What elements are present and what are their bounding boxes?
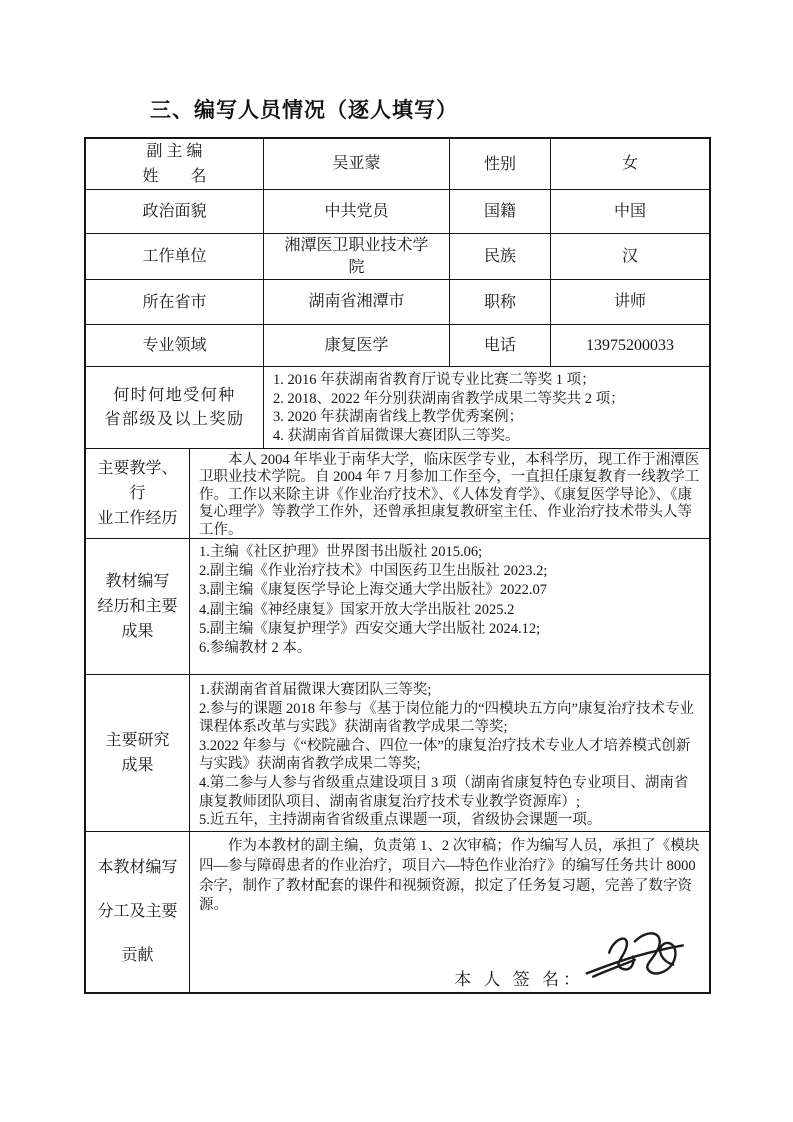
page-title: 三、编写人员情况（逐人填写） [150, 94, 458, 124]
phone-value: 13975200033 [551, 325, 709, 366]
experience-text: 本人 2004 年毕业于南华大学，临床医学专业，本科学历，现工作于湘潭医卫职业技… [199, 452, 700, 538]
personnel-table: 副 主 编 姓 名 吴亚蒙 性别 女 政治面貌 中共党员 国籍 中国 工作单位 … [84, 137, 711, 994]
research-item: 1.获湖南省首届微课大赛团队三等奖; [199, 681, 700, 700]
name-value: 吴亚蒙 [264, 139, 450, 189]
ethnicity-label: 民族 [450, 234, 551, 279]
table-row-experience: 主要教学、行 业工作经历 本人 2004 年毕业于南华大学，临床医学专业，本科学… [86, 449, 709, 539]
table-row-specialty: 专业领域 康复医学 电话 13975200033 [86, 325, 709, 367]
contribution-label-line2: 分工及主要 [97, 902, 177, 922]
award-item: 4. 获湖南省首届微课大赛团队三等奖。 [273, 427, 700, 446]
workunit-label: 工作单位 [86, 234, 264, 279]
name-label: 副 主 编 姓 名 [86, 139, 264, 189]
title-label: 职称 [450, 280, 551, 324]
political-value: 中共党员 [264, 190, 450, 233]
nationality-value: 中国 [551, 190, 709, 233]
textbook-label-line2: 经历和主要 [97, 594, 177, 619]
award-item: 1. 2016 年获湖南省教育厅说专业比赛二等奖 1 项； [273, 371, 700, 390]
awards-content: 1. 2016 年获湖南省教育厅说专业比赛二等奖 1 项； 2. 2018、20… [264, 367, 709, 448]
name-label-line2: 姓 名 [142, 164, 206, 189]
textbook-item: 1.主编《社区护理》世界图书出版社 2015.06; [199, 543, 700, 562]
research-label-line1: 主要研究 [105, 728, 169, 753]
awards-label-line1: 何时何地受何种 [113, 384, 236, 408]
contribution-label: 本教材编写 分工及主要 贡献 [86, 832, 190, 992]
name-label-line1: 副 主 编 [146, 139, 202, 164]
textbook-item: 3.副主编《康复医学导论上海交通大学出版社》2022.07 [199, 581, 700, 600]
signature-label: 本 人 签 名： [454, 968, 584, 992]
table-row-contribution: 本教材编写 分工及主要 贡献 作为本教材的副主编，负责第 1、2 次审稿；作为编… [86, 832, 709, 992]
textbook-label: 教材编写 经历和主要 成果 [86, 539, 190, 674]
ethnicity-value: 汉 [551, 234, 709, 279]
awards-label: 何时何地受何种 省部级及以上奖励 [86, 367, 264, 448]
research-item: 2.参与的课题 2018 年参与《基于岗位能力的“四模块五方向”康复治疗技术专业… [199, 700, 700, 737]
awards-label-line2: 省部级及以上奖励 [104, 408, 244, 432]
specialty-label: 专业领域 [86, 325, 264, 366]
handwritten-signature [582, 920, 686, 992]
textbook-label-line3: 成果 [121, 619, 153, 644]
contribution-label-line1: 本教材编写 [97, 858, 177, 878]
phone-label: 电话 [450, 325, 551, 366]
workunit-value: 湘潭医卫职业技术学院 [264, 234, 450, 279]
contribution-content: 作为本教材的副主编，负责第 1、2 次审稿；作为编写人员，承担了《模块四—参与障… [190, 832, 709, 992]
table-row-name: 副 主 编 姓 名 吴亚蒙 性别 女 [86, 139, 709, 190]
textbook-item: 6.参编教材 2 本。 [199, 639, 700, 658]
textbook-item: 2.副主编《作业治疗技术》中国医药卫生出版社 2023.2; [199, 562, 700, 581]
table-row-research: 主要研究 成果 1.获湖南省首届微课大赛团队三等奖; 2.参与的课题 2018 … [86, 675, 709, 832]
research-item: 3.2022 年参与《“校院融合、四位一体”的康复治疗技术专业人才培养模式创新与… [199, 737, 700, 774]
specialty-value: 康复医学 [264, 325, 450, 366]
gender-label: 性别 [450, 139, 551, 189]
award-item: 2. 2018、2022 年分别获湖南省教学成果二等奖共 2 项； [273, 390, 700, 409]
experience-content: 本人 2004 年毕业于南华大学，临床医学专业，本科学历，现工作于湘潭医卫职业技… [190, 449, 709, 538]
experience-label-line1: 主要教学、行 [90, 456, 185, 506]
textbook-item: 4.副主编《神经康复》国家开放大学出版社 2025.2 [199, 601, 700, 620]
experience-label-line2: 业工作经历 [97, 506, 177, 531]
table-row-awards: 何时何地受何种 省部级及以上奖励 1. 2016 年获湖南省教育厅说专业比赛二等… [86, 367, 709, 449]
table-row-political: 政治面貌 中共党员 国籍 中国 [86, 190, 709, 234]
political-label: 政治面貌 [86, 190, 264, 233]
document-page: 三、编写人员情况（逐人填写） 副 主 编 姓 名 吴亚蒙 性别 女 政治面貌 中… [0, 0, 793, 1122]
research-label: 主要研究 成果 [86, 675, 190, 831]
textbook-content: 1.主编《社区护理》世界图书出版社 2015.06; 2.副主编《作业治疗技术》… [190, 539, 709, 674]
gender-value: 女 [551, 139, 709, 189]
city-label: 所在省市 [86, 280, 264, 324]
city-value: 湖南省湘潭市 [264, 280, 450, 324]
research-item: 5.近五年，主持湖南省省级重点课题一项，省级协会课题一项。 [199, 811, 700, 830]
award-item: 3. 2020 年获湖南省线上教学优秀案例； [273, 408, 700, 427]
textbook-item: 5.副主编《康复护理学》西安交通大学出版社 2024.12; [199, 620, 700, 639]
nationality-label: 国籍 [450, 190, 551, 233]
textbook-label-line1: 教材编写 [105, 569, 169, 594]
table-row-workunit: 工作单位 湘潭医卫职业技术学院 民族 汉 [86, 234, 709, 280]
research-content: 1.获湖南省首届微课大赛团队三等奖; 2.参与的课题 2018 年参与《基于岗位… [190, 675, 709, 831]
research-item: 4.第二参与人参与省级重点建设项目 3 项（湖南省康复特色专业项目、湖南省康复教… [199, 774, 700, 811]
signature-row: 本 人 签 名： [199, 940, 700, 992]
contribution-text: 作为本教材的副主编，负责第 1、2 次审稿；作为编写人员，承担了《模块四—参与障… [199, 837, 700, 916]
contribution-label-line3: 贡献 [121, 946, 153, 966]
experience-label: 主要教学、行 业工作经历 [86, 449, 190, 538]
title-value: 讲师 [551, 280, 709, 324]
table-row-city: 所在省市 湖南省湘潭市 职称 讲师 [86, 280, 709, 325]
research-label-line2: 成果 [121, 753, 153, 778]
table-row-textbook: 教材编写 经历和主要 成果 1.主编《社区护理》世界图书出版社 2015.06;… [86, 539, 709, 675]
